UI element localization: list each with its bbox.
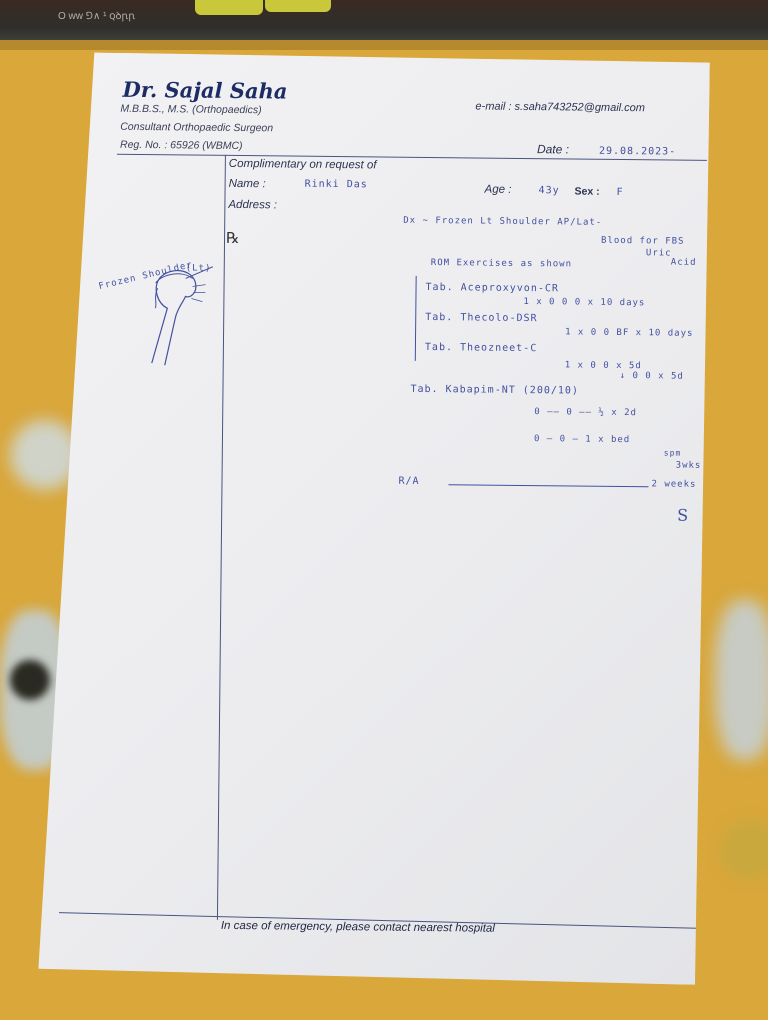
medicine-4-name: Tab. Kabapim-NT (200/10) (410, 384, 579, 397)
investigation-2: Uric (646, 248, 672, 258)
medicine-1-name: Tab. Aceproxyvon-CR (425, 282, 558, 294)
patient-name: Rinki Das (305, 179, 368, 191)
table-pattern (720, 820, 768, 880)
age-label: Age : (485, 184, 512, 196)
review-interval: 2 weeks (651, 479, 696, 489)
medicine-3-dose: 1 x 0 0 x 5d (565, 360, 642, 371)
diagnosis-line: Dx ~ Frozen Lt Shoulder AP/Lat- (403, 216, 602, 228)
sex-label: Sex : (575, 186, 600, 198)
review-label: R/A (398, 476, 419, 487)
doctor-title: Consultant Orthopaedic Surgeon (120, 121, 273, 135)
signature: S (677, 506, 689, 525)
doctor-email: e-mail : s.saha743252@gmail.com (475, 100, 645, 114)
footer-note: In case of emergency, please contact nea… (221, 920, 495, 935)
followup-note: 3wks (676, 461, 702, 471)
rx-symbol: ℞ (226, 229, 240, 247)
table-pattern (10, 660, 50, 700)
patient-age: 43y (539, 185, 560, 196)
name-label: Name : (229, 178, 266, 190)
date-label: Date : (537, 142, 569, 156)
prescription-sheet: Dr. Sajal Saha M.B.B.S., M.S. (Orthopaed… (38, 52, 710, 985)
patient-sex: F (617, 187, 624, 198)
address-label: Address : (228, 199, 277, 212)
medicine-3-name: Tab. Theozneet-C (425, 342, 537, 354)
package-label (195, 0, 263, 15)
medicine-2-name: Tab. Thecolo-DSR (425, 312, 537, 324)
advice-line: ROM Exercises as shown (431, 258, 572, 269)
complimentary-label: Complimentary on request of (229, 158, 377, 172)
investigation-3: Acid (671, 258, 697, 268)
table-pattern (715, 600, 768, 760)
shoulder-sketch (97, 248, 218, 369)
doctor-name: Dr. Sajal Saha (122, 77, 287, 104)
package-text: O ww ⅁∧ ¹ ꞯꝺꞃꞃ (58, 8, 135, 22)
medicine-4-dose-3: spm (664, 448, 682, 457)
doctor-registration: Reg. No. : 65926 (WBMC) (120, 139, 243, 152)
investigation-1: Blood for FBS (601, 236, 685, 247)
column-divider (217, 155, 226, 920)
medicine-4-dose-2: 0 — 0 — 1 x bed (534, 434, 630, 445)
medicine-1-dose: 1 x 0 0 0 x 10 days (523, 297, 645, 308)
date-value: 29.08.2023- (599, 146, 676, 158)
package-label (265, 0, 331, 12)
medicine-4-dose: 0 —— 0 —— ½ x 2d (534, 407, 637, 418)
doctor-qualifications: M.B.B.S., M.S. (Orthopaedics) (120, 103, 261, 116)
table-edge (0, 40, 768, 50)
medicine-3-dose-taper: ↓ 0 0 x 5d (620, 371, 684, 382)
review-line (448, 484, 648, 487)
medicine-2-dose: 1 x 0 0 BF x 10 days (565, 327, 693, 338)
medicine-bracket (415, 276, 417, 361)
